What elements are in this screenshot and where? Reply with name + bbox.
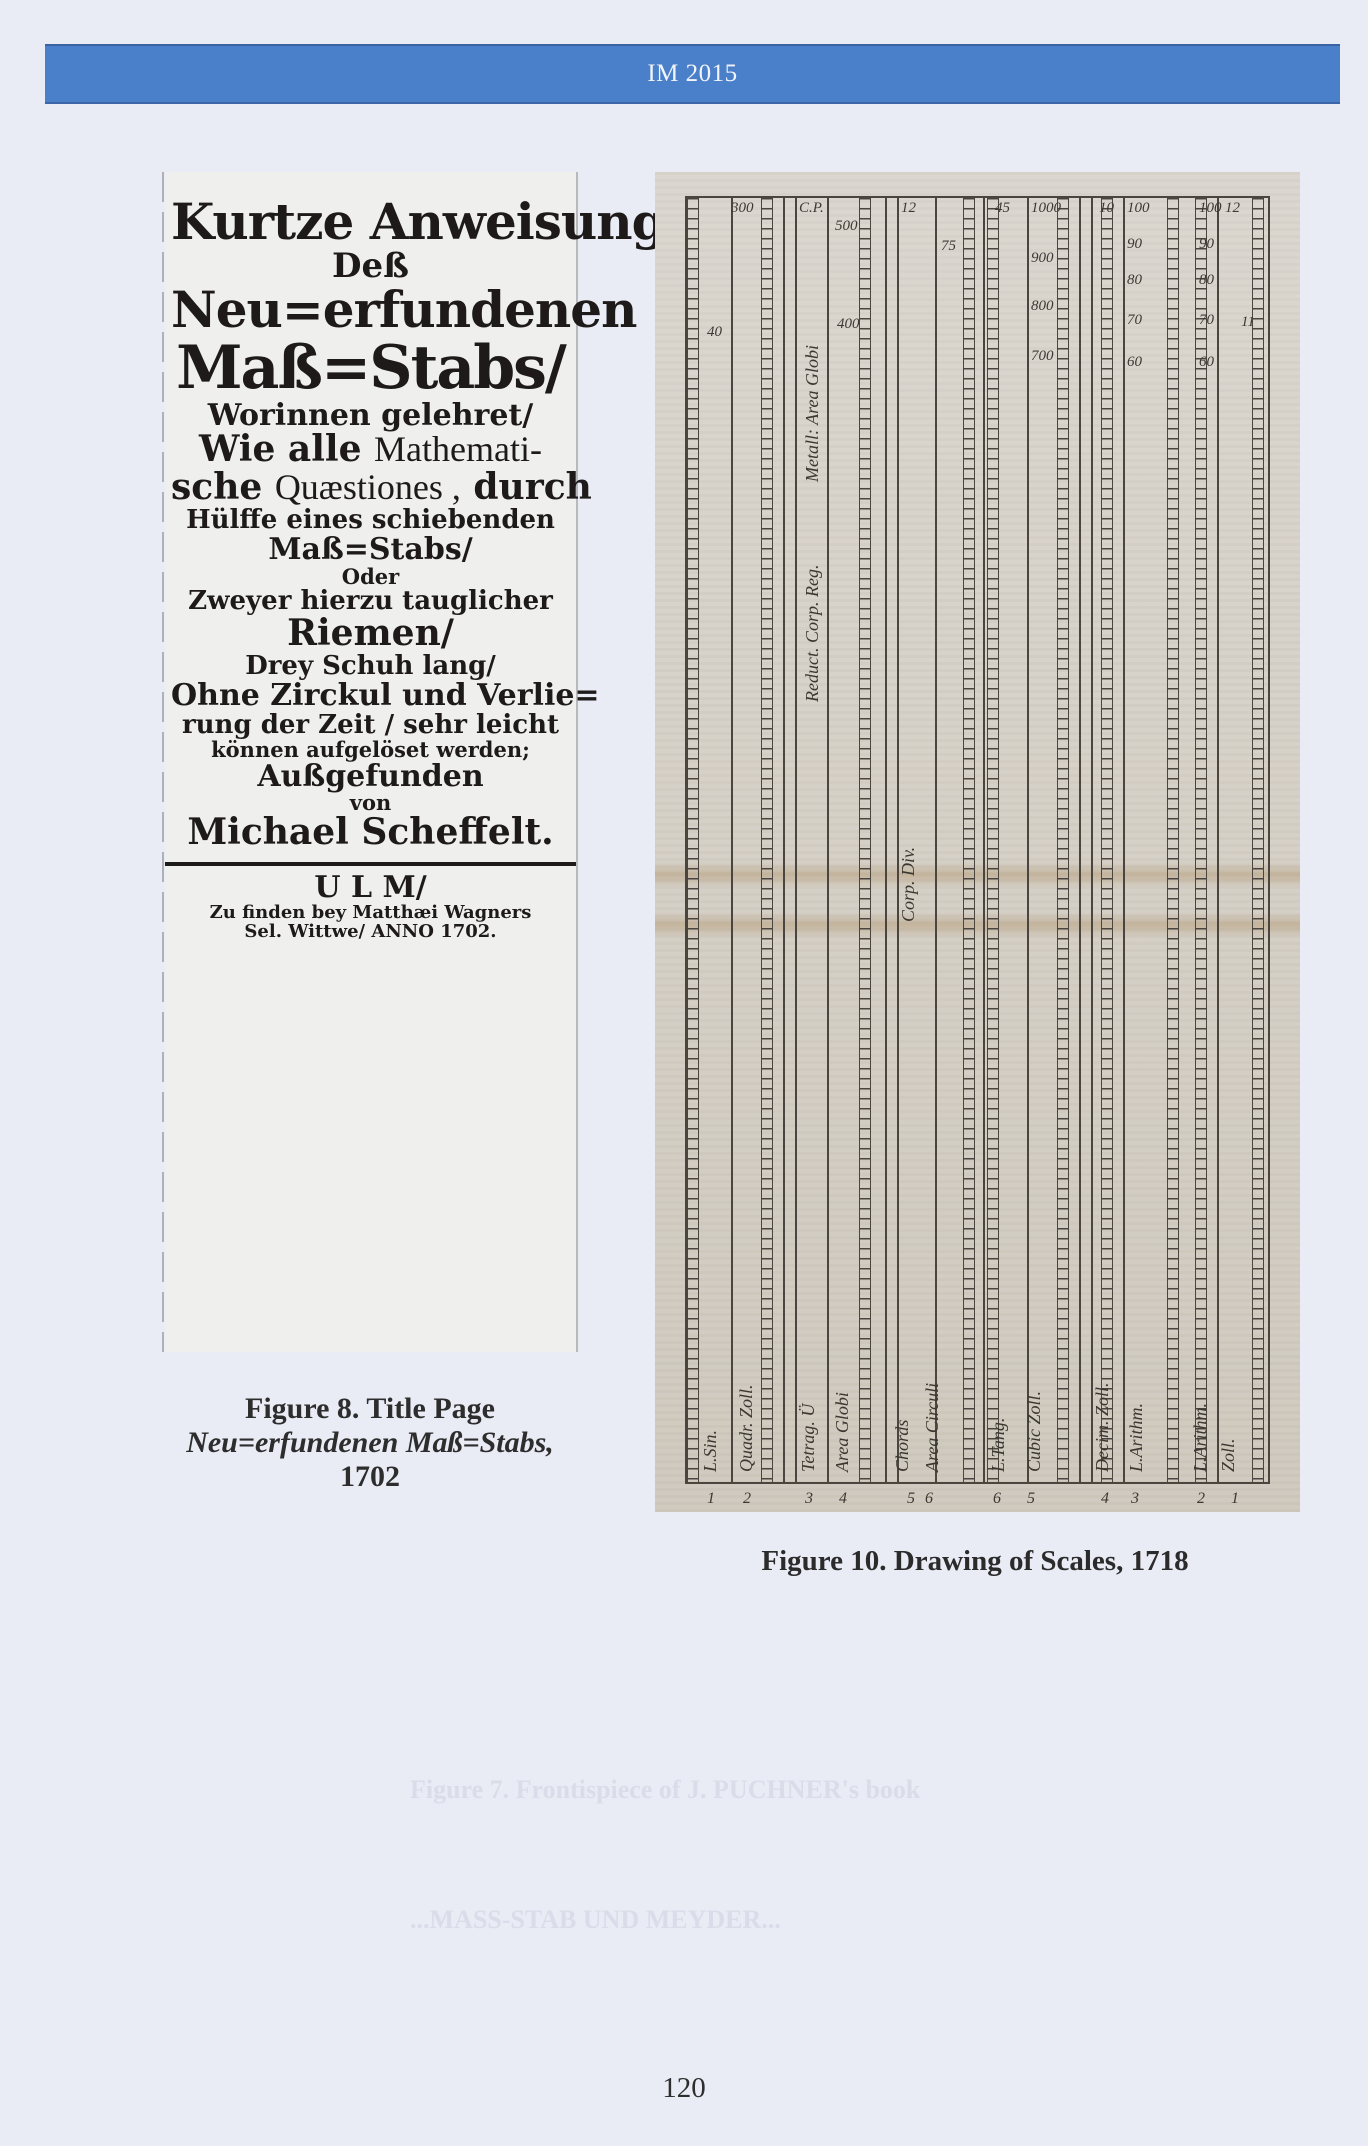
- title-line: Hülffe eines schiebenden: [171, 507, 570, 534]
- scale-number: 12: [901, 200, 916, 217]
- scale-footer-number: 4: [839, 1490, 847, 1508]
- scale-number: 900: [1031, 250, 1054, 267]
- scale-footer-number: 3: [805, 1490, 813, 1508]
- scale-label: Metall: Area Globi: [802, 345, 823, 482]
- scale-column-line: [795, 198, 797, 1482]
- scale-footer-number: 2: [1197, 1490, 1205, 1508]
- title-line: Michael Scheffelt.: [171, 814, 570, 852]
- title-line: Zweyer hierzu tauglicher: [171, 588, 570, 615]
- scale-label: Cubic Zoll.: [1024, 1391, 1045, 1472]
- scale-label: Quadr. Zoll.: [736, 1384, 757, 1472]
- title-line: Worinnen gelehret/: [171, 400, 570, 432]
- scale-label: Chords: [892, 1420, 913, 1472]
- scale-column-line: [783, 198, 785, 1482]
- scale-number: 11: [1241, 314, 1255, 331]
- scale-ladder: [963, 198, 975, 1482]
- scale-number: 80: [1127, 272, 1142, 289]
- scale-column-line: [897, 198, 899, 1482]
- scale-footer-number: 4: [1101, 1490, 1109, 1508]
- scale-column-line: [1217, 198, 1219, 1482]
- figure-10-caption: Figure 10. Drawing of Scales, 1718: [650, 1545, 1300, 1578]
- title-line: Deß: [171, 249, 570, 285]
- scale-number: 700: [1031, 348, 1054, 365]
- scale-footer-number: 1: [707, 1490, 715, 1508]
- scale-number: 80: [1199, 272, 1214, 289]
- scale-column-line: [1091, 198, 1093, 1482]
- scale-footer-number: 5: [907, 1490, 915, 1508]
- scale-label: Tetrag. Ü: [798, 1404, 819, 1472]
- caption-line: 1702: [130, 1460, 610, 1494]
- title-line: Wie alle Mathemati-: [171, 431, 570, 469]
- scale-column-line: [1123, 198, 1125, 1482]
- scale-footer-number: 2: [743, 1490, 751, 1508]
- title-word: Mathemati-: [374, 429, 542, 469]
- figure-10-scales-drawing: 300 C.P. 500 12 75 45 1000 10 100 100 12…: [655, 172, 1300, 1512]
- scale-footer-number: 3: [1131, 1490, 1139, 1508]
- scale-column-line: [983, 198, 985, 1482]
- scale-label: Zoll.: [1218, 1438, 1239, 1472]
- scale-ladder: [1195, 198, 1207, 1482]
- scale-number: 60: [1127, 354, 1142, 371]
- title-line: können aufgelöset werden;: [171, 739, 570, 761]
- title-line: Neu=erfundenen: [171, 284, 570, 337]
- scale-footer-number: 6: [993, 1490, 1001, 1508]
- scale-number: 70: [1127, 312, 1142, 329]
- scale-number: 40: [707, 324, 722, 341]
- title-word: durch: [473, 466, 591, 508]
- title-line: Kurtze Anweisung: [171, 196, 570, 249]
- scale-label: Corp. Div.: [898, 847, 919, 922]
- page-number: 120: [0, 2072, 1368, 2105]
- scale-ladder: [687, 198, 699, 1482]
- scale-number: 800: [1031, 298, 1054, 315]
- title-line: sche Quæstiones , durch: [171, 469, 570, 507]
- scale-label: Area Circuli: [922, 1383, 943, 1472]
- figure-8-title-page-image: Kurtze Anweisung Deß Neu=erfundenen Maß=…: [165, 172, 578, 1352]
- scale-number: 500: [835, 218, 858, 235]
- scale-footer-number: 5: [1027, 1490, 1035, 1508]
- scan-edge: [162, 172, 164, 1352]
- title-line: U L M/: [171, 872, 570, 904]
- scales-frame: 300 C.P. 500 12 75 45 1000 10 100 100 12…: [685, 196, 1270, 1484]
- scale-column-line: [827, 198, 829, 1482]
- scale-column-line: [935, 198, 937, 1482]
- scale-label: Area Globi: [832, 1392, 853, 1472]
- title-line: Sel. Wittwe/ ANNO 1702.: [171, 923, 570, 942]
- scale-number: 12: [1225, 200, 1240, 217]
- scale-number: 90: [1199, 236, 1214, 253]
- scale-number: 10: [1099, 200, 1114, 217]
- scale-label: L.Sin.: [700, 1430, 721, 1472]
- scale-label: L.Tang.: [988, 1418, 1009, 1472]
- scale-ladder: [761, 198, 773, 1482]
- scale-ladder: [1057, 198, 1069, 1482]
- scale-number: 100: [1199, 200, 1222, 217]
- scale-number: C.P.: [799, 200, 824, 217]
- scale-label: Reduct. Corp. Reg.: [802, 565, 823, 702]
- scale-ladder: [987, 198, 999, 1482]
- title-line: Ohne Zirckul und Verlie=: [171, 680, 570, 712]
- title-line: Außgefunden: [171, 761, 570, 793]
- title-line: rung der Zeit / sehr leicht: [171, 712, 570, 739]
- scale-ladder: [859, 198, 871, 1482]
- bleed-through-text: Figure 7. Frontispiece of J. PUCHNER's b…: [410, 1775, 920, 1805]
- running-header: IM 2015: [45, 44, 1340, 104]
- caption-line: Neu=erfundenen Maß=Stabs,: [130, 1426, 610, 1460]
- scale-label: L.Arithm.: [1190, 1403, 1211, 1472]
- figure-8-caption: Figure 8. Title Page Neu=erfundenen Maß=…: [130, 1392, 610, 1494]
- scale-footer-number: 6: [925, 1490, 933, 1508]
- title-line: Zu finden bey Matthæi Wagners: [171, 904, 570, 923]
- title-line: Maß=Stabs/: [171, 534, 570, 566]
- scale-ladder: [1252, 198, 1264, 1482]
- scale-footer-number: 1: [1231, 1490, 1239, 1508]
- scale-column-line: [885, 198, 887, 1482]
- scale-number: 400: [837, 316, 860, 333]
- title-line: Maß=Stabs/: [171, 337, 570, 400]
- scale-column-line: [1027, 198, 1029, 1482]
- title-word: Quæstiones ,: [275, 467, 461, 507]
- scale-column-line: [1079, 198, 1081, 1482]
- scale-ladder: [1101, 198, 1113, 1482]
- scale-number: 100: [1127, 200, 1150, 217]
- scale-number: 45: [995, 200, 1010, 217]
- scale-number: 75: [941, 238, 956, 255]
- scale-ladder: [1167, 198, 1179, 1482]
- scale-label: Decim. Zoll.: [1092, 1383, 1113, 1473]
- title-line: Oder: [171, 566, 570, 588]
- scale-column-line: [731, 198, 733, 1482]
- header-title: IM 2015: [647, 60, 737, 88]
- scale-number: 60: [1199, 354, 1214, 371]
- title-line: Drey Schuh lang/: [171, 653, 570, 680]
- title-rule: [165, 862, 576, 866]
- title-word: sche: [171, 466, 262, 508]
- scale-number: 300: [731, 200, 754, 217]
- scale-label: L.Arithm.: [1126, 1403, 1147, 1472]
- title-line: Riemen/: [171, 615, 570, 653]
- scale-number: 1000: [1031, 200, 1061, 217]
- bleed-through-text: ...MASS-STAB UND MEYDER...: [410, 1905, 781, 1935]
- caption-line: Figure 8. Title Page: [130, 1392, 610, 1426]
- scale-number: 70: [1199, 312, 1214, 329]
- scale-number: 90: [1127, 236, 1142, 253]
- title-word: Wie alle: [199, 428, 362, 470]
